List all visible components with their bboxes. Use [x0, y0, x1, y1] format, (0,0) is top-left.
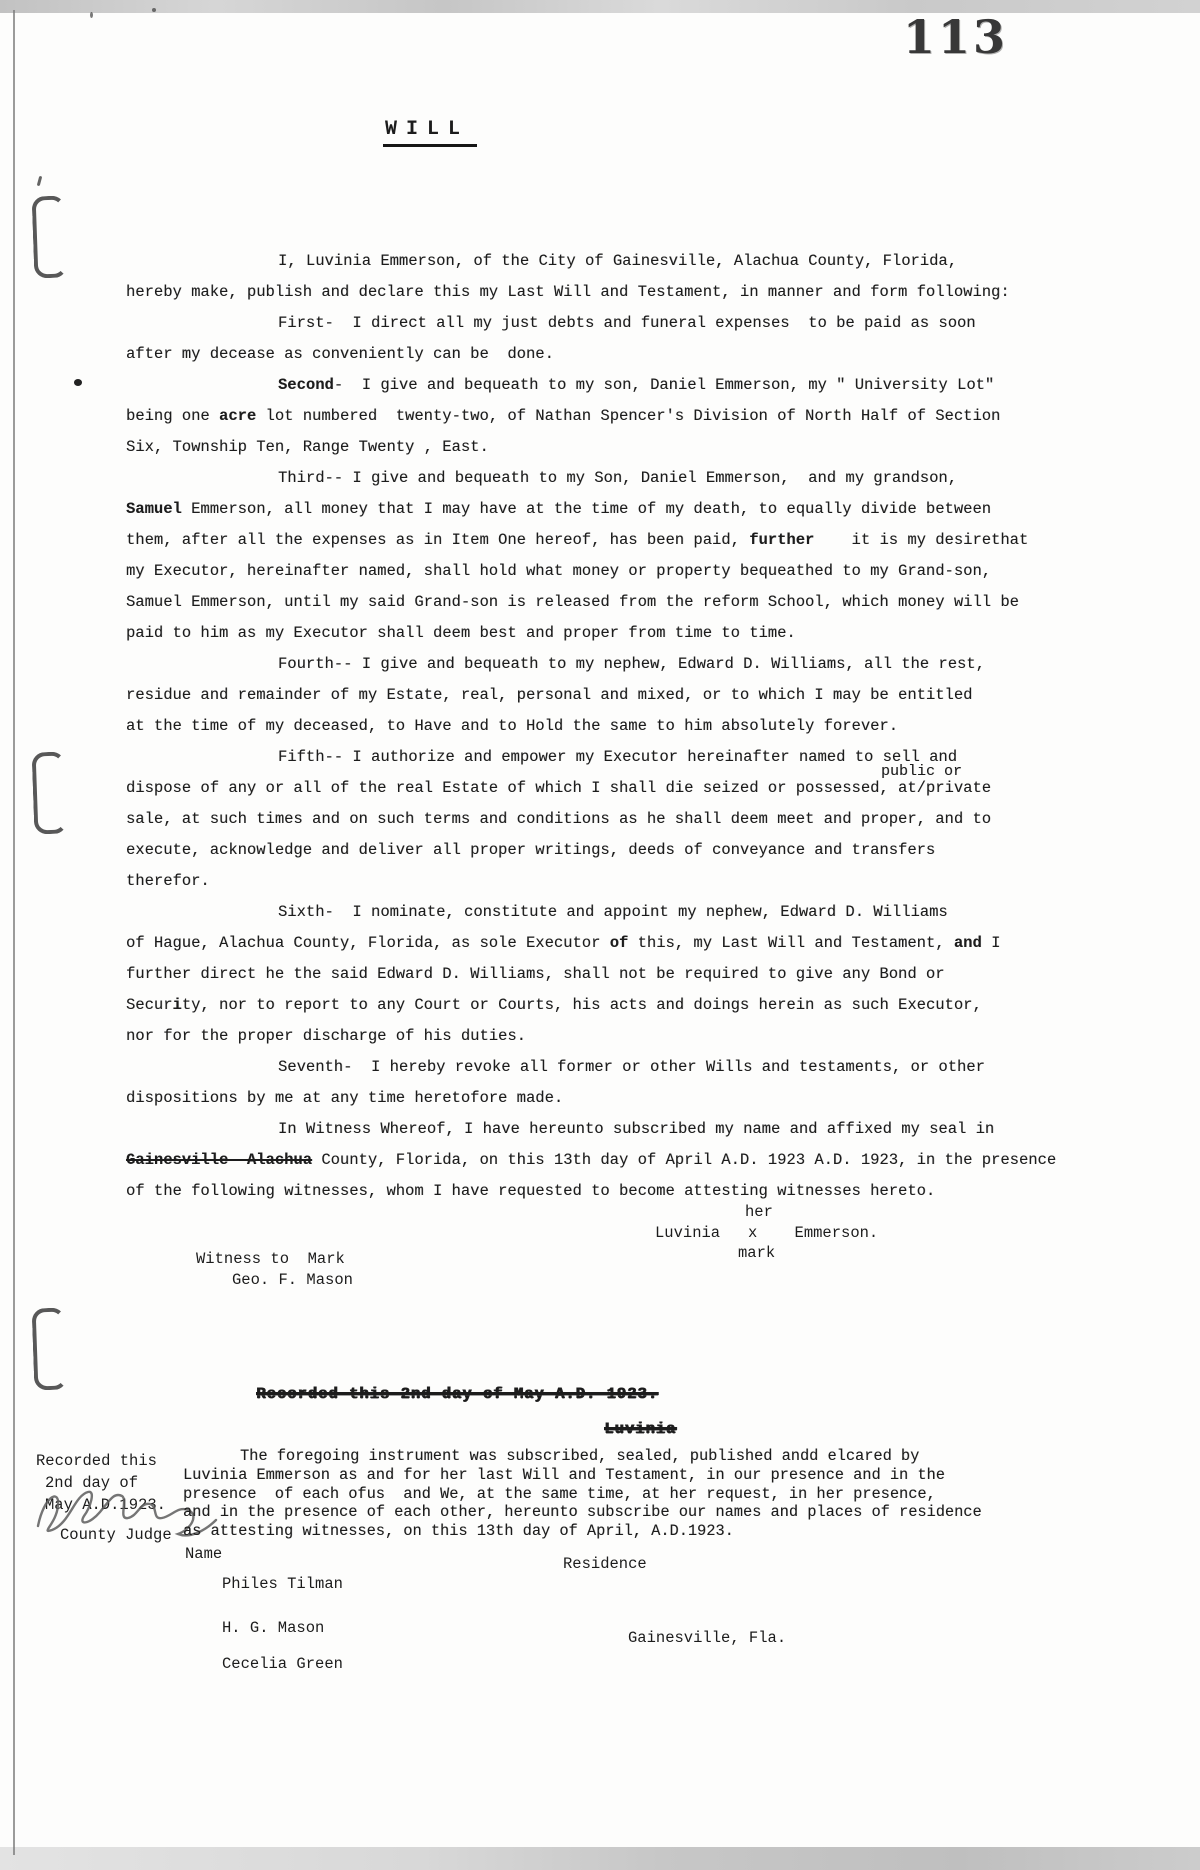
testator-signature: Luvinia x Emmerson. [655, 1224, 878, 1242]
will-line: further direct he the said Edward D. Wil… [126, 959, 1016, 990]
scan-binding-line [13, 10, 15, 1855]
scanned-will-page: 113 WILL I, Luvinia Emmerson, of the Cit… [0, 0, 1200, 1870]
will-line: In Witness Whereof, I have hereunto subs… [126, 1114, 1016, 1145]
ink-speck [90, 12, 93, 18]
will-line: I, Luvinia Emmerson, of the City of Gain… [126, 246, 1016, 277]
struck-recorded-line: Recorded this 2nd day of May A.D. 1923. [256, 1385, 658, 1403]
will-line: Samuel Emmerson, until my said Grand-son… [126, 587, 1016, 618]
will-line: sale, at such times and on such terms an… [126, 804, 1016, 835]
will-line: Gainesville--Alachua County, Florida, on… [126, 1145, 1016, 1176]
will-line: of Hague, Alachua County, Florida, as so… [126, 928, 1016, 959]
will-line: Fourth-- I give and bequeath to my nephe… [126, 649, 1016, 680]
will-body: I, Luvinia Emmerson, of the City of Gain… [126, 246, 1016, 1207]
attestation-line: The foregoing instrument was subscribed,… [183, 1447, 953, 1466]
signature-her-label: her [745, 1203, 773, 1221]
witness-name: Philes Tilman [222, 1575, 343, 1593]
will-line: at the time of my deceased, to Have and … [126, 711, 1016, 742]
will-line: of the following witnesses, whom I have … [126, 1176, 1016, 1207]
witness-name-header: Name [185, 1545, 222, 1563]
signature-mark-label: mark [738, 1244, 775, 1262]
county-judge-title: County Judge [60, 1526, 172, 1544]
will-line: hereby make, publish and declare this my… [126, 277, 1016, 308]
ink-speck [74, 379, 82, 386]
will-line: Six, Township Ten, Range Twenty , East. [126, 432, 1016, 463]
binder-hole-mark [32, 195, 68, 278]
attestation-line: and in the presence of each other, hereu… [183, 1503, 953, 1522]
will-line: my Executor, hereinafter named, shall ho… [126, 556, 1016, 587]
will-line: after my decease as conveniently can be … [126, 339, 1016, 370]
witness-residence: Gainesville, Fla. [628, 1629, 786, 1647]
will-line: Security, nor to report to any Court or … [126, 990, 1016, 1021]
will-line: them, after all the expenses as in Item … [126, 525, 1016, 556]
will-line: execute, acknowledge and deliver all pro… [126, 835, 1016, 866]
attestation-line: presence of each ofus and We, at the sam… [183, 1485, 953, 1504]
will-line: nor for the proper discharge of his duti… [126, 1021, 1016, 1052]
witness-name: Cecelia Green [222, 1655, 343, 1673]
will-line: Third-- I give and bequeath to my Son, D… [126, 463, 1016, 494]
witness-residence-header: Residence [563, 1555, 647, 1573]
will-line: Seventh- I hereby revoke all former or o… [126, 1052, 1016, 1083]
will-line: Sixth- I nominate, constitute and appoin… [126, 897, 1016, 928]
struck-name: Luvinia [604, 1420, 676, 1438]
ink-speck [37, 176, 42, 186]
will-line: dispose of any or all of the real Estate… [126, 773, 1016, 804]
attestation-line: as attesting witnesses, on this 13th day… [183, 1522, 953, 1541]
scan-edge-top [0, 0, 1200, 13]
will-line: therefor. [126, 866, 1016, 897]
ink-speck [152, 8, 156, 12]
page-number: 113 [903, 10, 1008, 64]
document-title: WILL [383, 118, 477, 147]
binder-hole-mark [32, 1307, 68, 1390]
witness-to-mark-label: Witness to Mark [196, 1250, 345, 1268]
will-line: being one acre lot numbered twenty-two, … [126, 401, 1016, 432]
binder-hole-mark [32, 751, 68, 834]
will-line: Samuel Emmerson, all money that I may ha… [126, 494, 1016, 525]
will-line: paid to him as my Executor shall deem be… [126, 618, 1016, 649]
will-line: First- I direct all my just debts and fu… [126, 308, 1016, 339]
will-line: Second- I give and bequeath to my son, D… [126, 370, 1016, 401]
scan-edge-bottom [0, 1847, 1200, 1870]
witness-to-mark-name: Geo. F. Mason [232, 1271, 353, 1289]
will-line: residue and remainder of my Estate, real… [126, 680, 1016, 711]
attestation-line: Luvinia Emmerson as and for her last Wil… [183, 1466, 953, 1485]
attestation-paragraph: The foregoing instrument was subscribed,… [183, 1447, 953, 1541]
witness-name: H. G. Mason [222, 1619, 324, 1637]
will-line: dispositions by me at any time heretofor… [126, 1083, 1016, 1114]
